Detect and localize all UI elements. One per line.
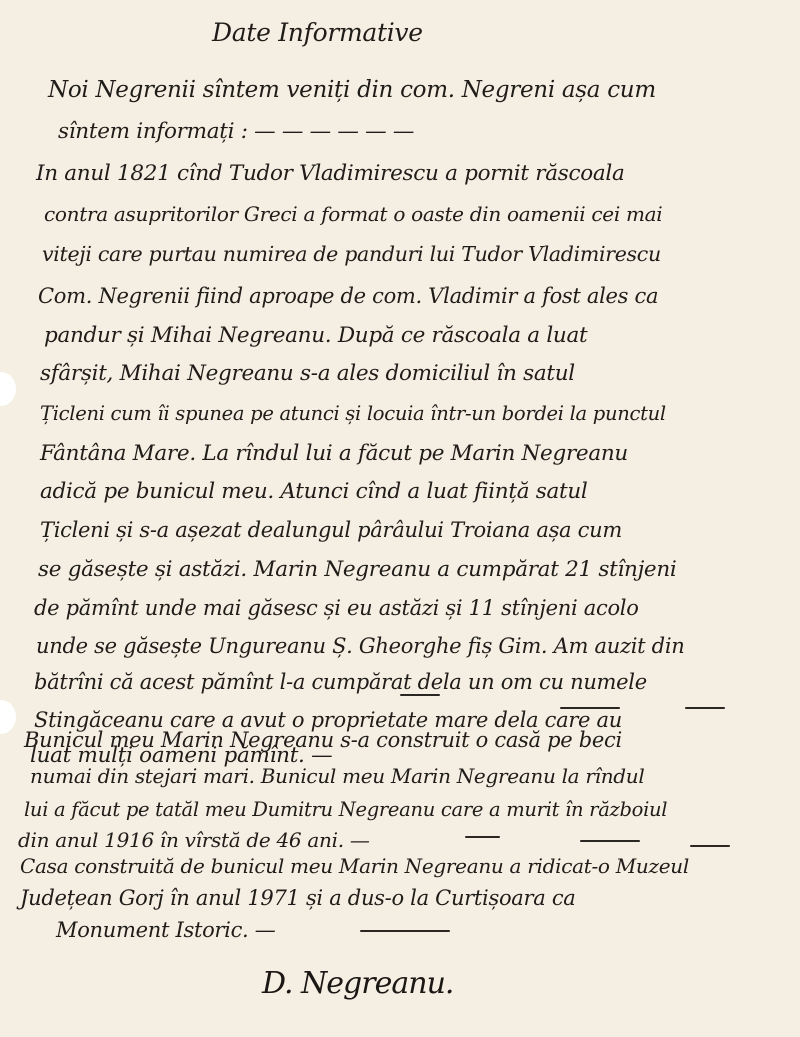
text-line: Monument Istoric. — — [56, 912, 276, 948]
text-line: In anul 1821 cînd Tudor Vladimirescu a p… — [36, 156, 624, 192]
filler-dash — [465, 836, 500, 838]
punch-hole — [0, 700, 16, 734]
text-line: adică pe bunicul meu. Atunci cînd a luat… — [40, 474, 587, 510]
filler-dash — [400, 694, 440, 696]
text-line: viteji care purtau numirea de panduri lu… — [42, 236, 661, 272]
text-line: Casa construită de bunicul meu Marin Neg… — [20, 848, 689, 884]
text-line: se găsește și astăzi. Marin Negreanu a c… — [38, 552, 676, 588]
signature: D. Negreanu. — [262, 966, 453, 1001]
text-line: Com. Negrenii fiind aproape de com. Vlad… — [38, 278, 658, 314]
text-line: pandur și Mihai Negreanu. După ce răscoa… — [44, 318, 587, 354]
filler-dash — [360, 930, 450, 932]
text-line: Bunicul meu Marin Negreanu s-a construit… — [24, 722, 622, 758]
filler-dash — [685, 707, 725, 709]
text-line: sfârșit, Mihai Negreanu s-a ales domicil… — [40, 356, 575, 392]
document-title: Date Informative — [212, 18, 423, 47]
text-line: contra asupritorilor Greci a format o oa… — [44, 196, 662, 232]
text-line: Fântâna Mare. La rîndul lui a făcut pe M… — [40, 436, 628, 472]
filler-dash — [690, 845, 730, 847]
text-line: sîntem informați : — — — — — — — [58, 114, 414, 150]
text-line: de pămînt unde mai găsesc și eu astăzi ș… — [34, 590, 639, 626]
filler-dash — [580, 840, 640, 842]
text-line: Județean Gorj în anul 1971 și a dus-o la… — [20, 880, 576, 916]
filler-dash — [560, 707, 620, 709]
handwritten-document-page: Date Informative Noi Negrenii sîntem ven… — [0, 0, 800, 1037]
punch-hole — [0, 372, 16, 406]
text-line: Țicleni cum îi spunea pe atunci și locui… — [40, 396, 666, 432]
text-line: unde se găsește Ungureanu Ș. Gheorghe fi… — [36, 628, 684, 664]
text-line: bătrîni că acest pămînt l-a cumpărat del… — [34, 664, 647, 700]
text-line: Noi Negrenii sîntem veniți din com. Negr… — [48, 72, 656, 108]
text-line: numai din stejari mari. Bunicul meu Mari… — [30, 758, 644, 794]
text-line: Țicleni și s-a așezat dealungul pârâului… — [40, 512, 622, 548]
